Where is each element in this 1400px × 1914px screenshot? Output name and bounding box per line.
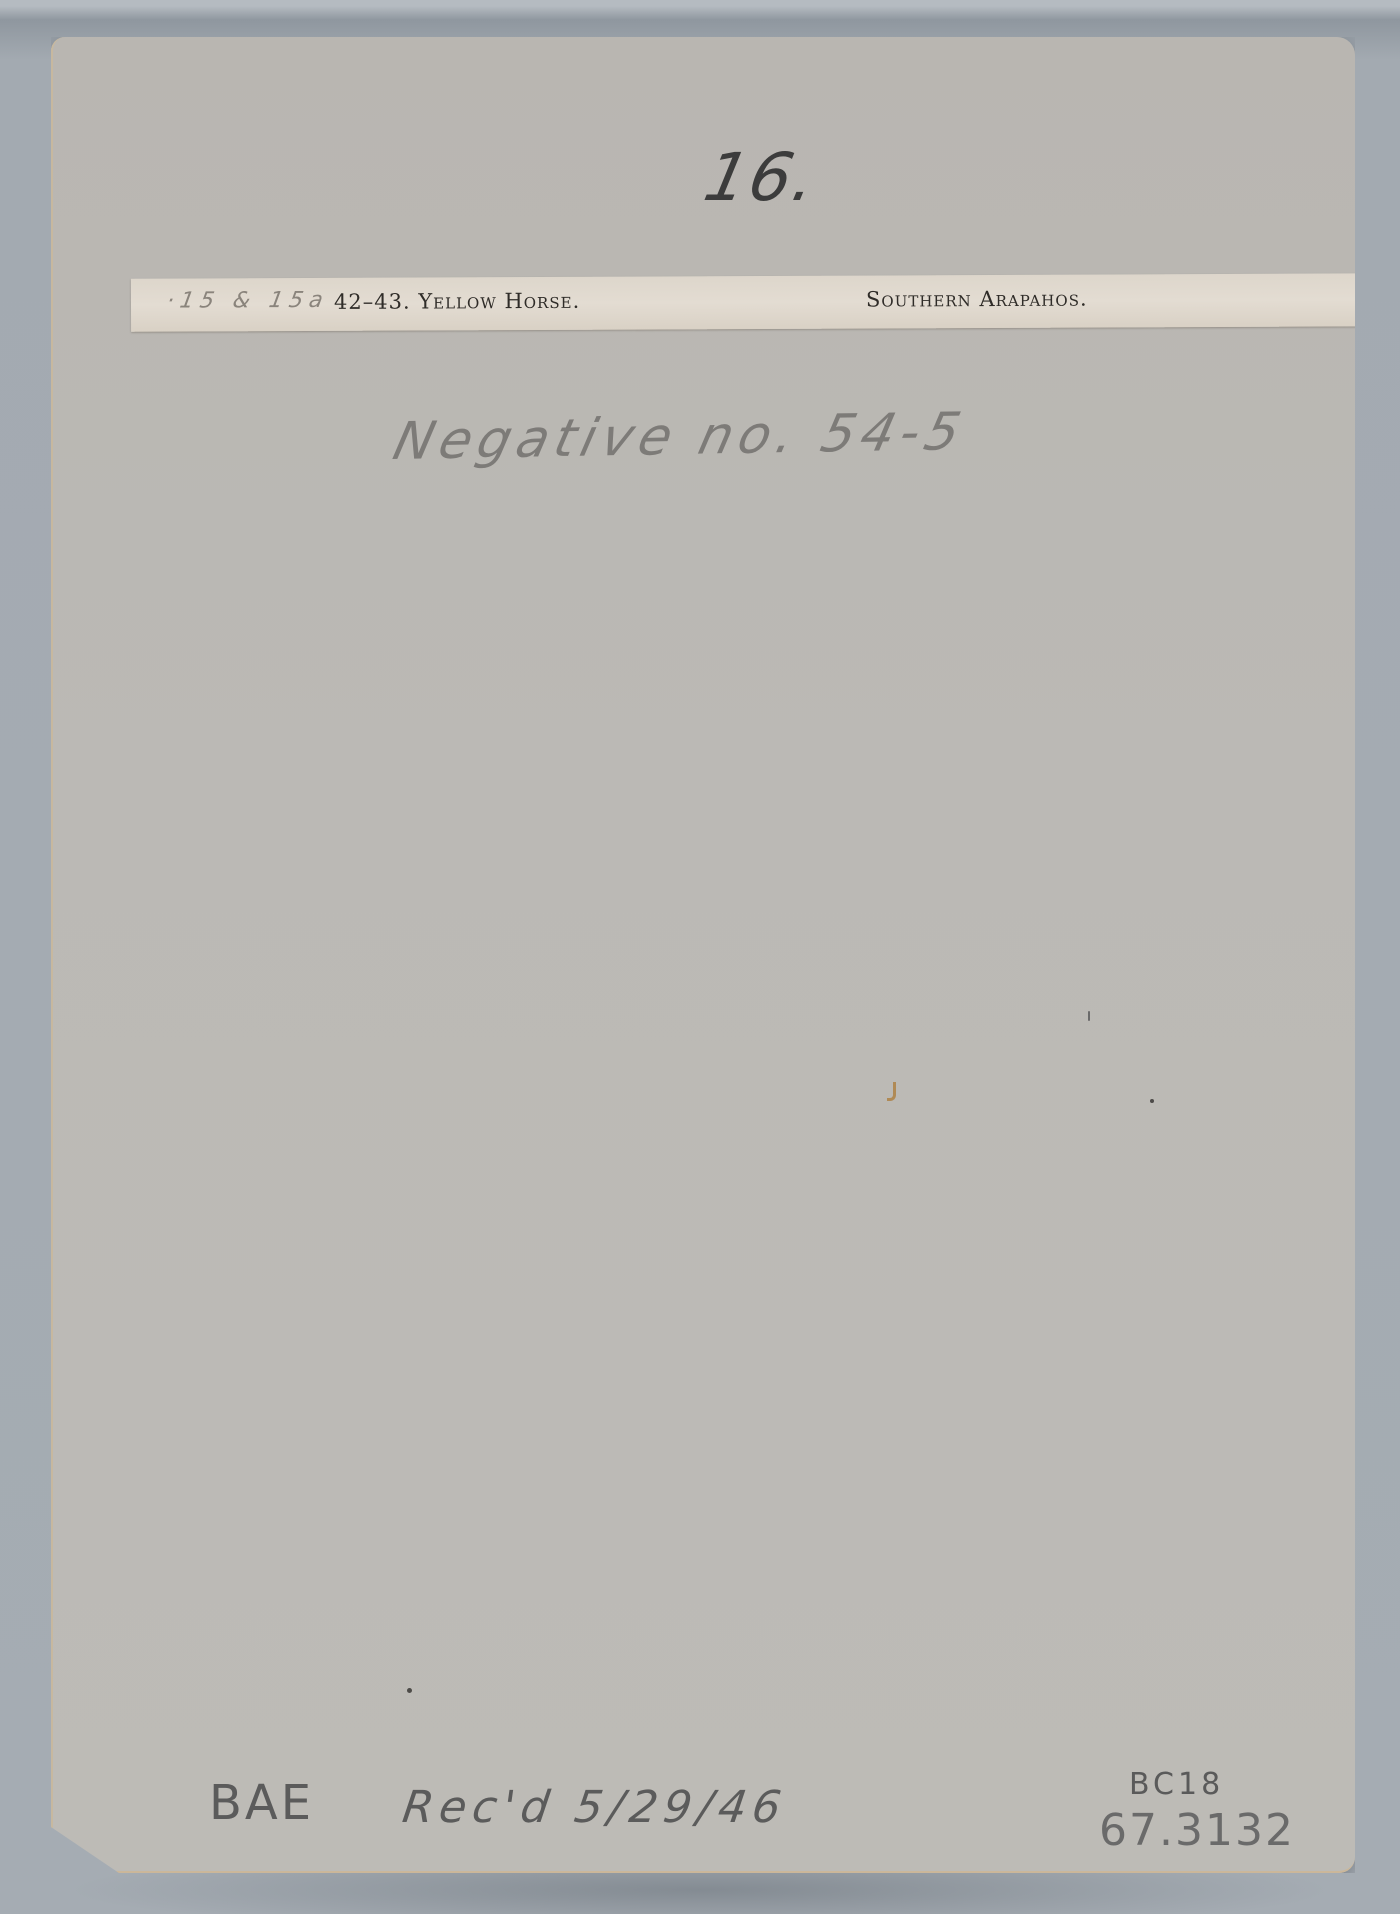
- foxing-stain: [887, 1082, 896, 1101]
- sheet-number: 16.: [698, 139, 825, 216]
- caption-label-strip: ·15 & 15a 42–43. Yellow Horse. Southern …: [131, 273, 1399, 332]
- caption-title: 42–43. Yellow Horse.: [334, 289, 580, 314]
- negative-number-note: Negative no. 54-5: [388, 402, 972, 472]
- bae-stamp-note: BAE: [209, 1775, 314, 1831]
- pencil-mark: [1088, 1011, 1090, 1021]
- speck-mark: [1150, 1099, 1154, 1103]
- catalog-code: BC18: [1129, 1767, 1224, 1802]
- received-date-note: Rec'd 5/29/46: [399, 1782, 790, 1833]
- strip-handwritten-prefix: ·15 & 15a: [165, 288, 331, 314]
- mount-card: 16. ·15 & 15a 42–43. Yellow Horse. South…: [51, 37, 1355, 1873]
- speck-mark: [407, 1688, 412, 1693]
- catalog-number: 67.3132: [1099, 1805, 1295, 1856]
- caption-tribe: Southern Arapahos.: [866, 287, 1088, 312]
